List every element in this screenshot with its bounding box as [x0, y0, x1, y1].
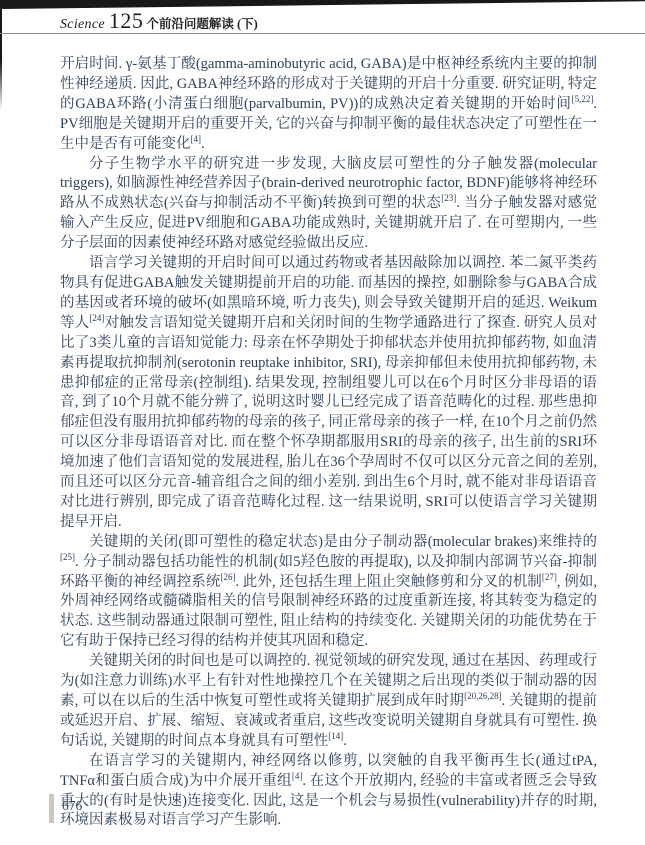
citation-ref: [26]: [220, 572, 235, 582]
paragraph: 关键期的关闭(即可塑性的稳定状态)是由分子制动器(molecular brake…: [60, 533, 597, 652]
citation-ref: [4]: [191, 134, 202, 144]
header-brand-number: 125: [105, 8, 147, 33]
citation-ref: [5,22]: [572, 94, 594, 104]
citation-ref: [20,26,28]: [464, 691, 502, 701]
citation-ref: [25]: [60, 552, 75, 562]
citation-ref: [14]: [328, 731, 343, 741]
citation-ref: [23]: [441, 194, 456, 204]
paragraph: 关键期关闭的时间也是可以调控的. 视觉领域的研究发现, 通过在基因、药理或行为(…: [60, 652, 597, 752]
page-number-bar: [49, 794, 54, 823]
citation-ref: [24]: [89, 313, 104, 323]
paragraph: 开启时间. γ-氨基丁酸(gamma-aminobutyric acid, GA…: [60, 55, 597, 155]
citation-ref: [4]: [292, 771, 303, 781]
paragraph: 分子生物学水平的研究进一步发现, 大脑皮层可塑性的分子触发器(molecular…: [60, 155, 597, 255]
header-brand-title: 个前沿问题解读 (下): [146, 17, 257, 31]
body-text: 开启时间. γ-氨基丁酸(gamma-aminobutyric acid, GA…: [60, 55, 597, 831]
header-brand-science: Science: [60, 17, 105, 32]
paragraph: 语言学习关键期的开启时间可以通过药物或者基因敲除加以调控. 苯二氮平类药物具有促…: [60, 254, 597, 533]
scan-edge-left: [0, 0, 2, 110]
citation-ref: [27]: [542, 572, 557, 582]
page-number: 676: [62, 798, 82, 814]
header-divider: [0, 33, 645, 34]
page-header: Science125个前沿问题解读 (下): [60, 8, 258, 34]
paragraph: 在语言学习的关键期内, 神经网络以修剪, 以突触的自我平衡再生长(通过tPA, …: [60, 752, 597, 832]
